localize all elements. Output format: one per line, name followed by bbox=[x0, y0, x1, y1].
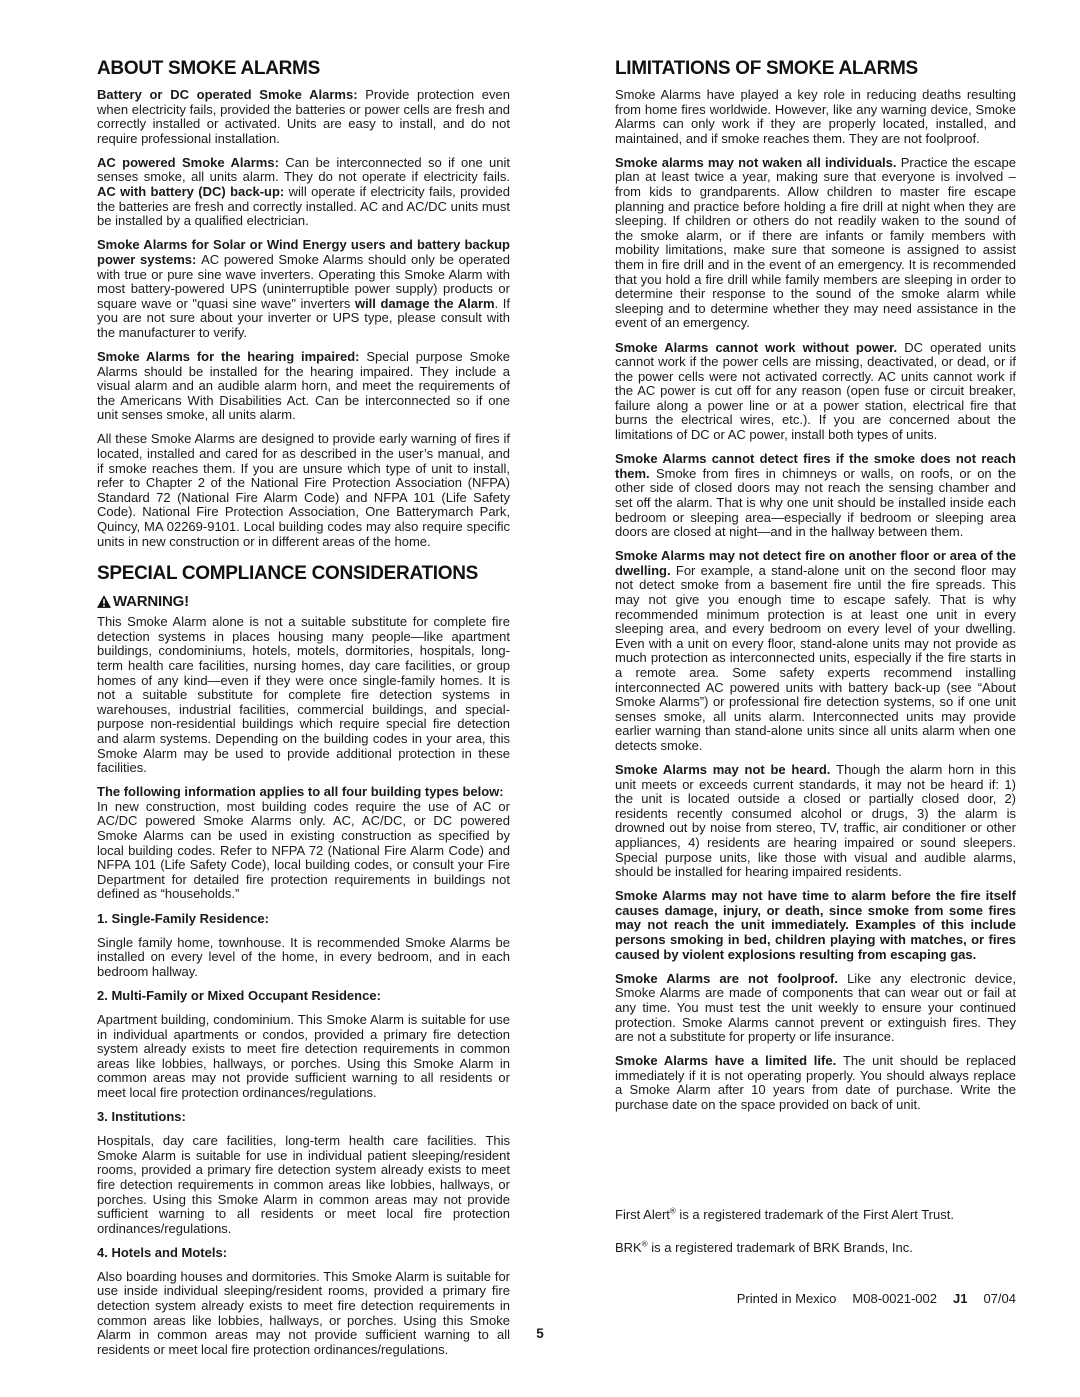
paragraph: First Alert® is a registered trademark o… bbox=[615, 1208, 1016, 1223]
paragraph: 2. Multi-Family or Mixed Occupant Reside… bbox=[97, 989, 510, 1004]
paragraph: BRK® is a registered trademark of BRK Br… bbox=[615, 1241, 1016, 1256]
warning-subheading: WARNING! bbox=[97, 593, 510, 610]
about-smoke-alarms-heading: ABOUT SMOKE ALARMS bbox=[97, 58, 510, 80]
about-smoke-alarms-body: Battery or DC operated Smoke Alarms: Pro… bbox=[97, 88, 510, 549]
paragraph: Smoke Alarms for the hearing impaired: S… bbox=[97, 350, 510, 423]
paragraph: AC powered Smoke Alarms: Can be intercon… bbox=[97, 156, 510, 229]
paragraph: Battery or DC operated Smoke Alarms: Pro… bbox=[97, 88, 510, 146]
special-compliance-heading: SPECIAL COMPLIANCE CONSIDERATIONS bbox=[97, 563, 510, 585]
paragraph: Also boarding houses and dormitories. Th… bbox=[97, 1270, 510, 1358]
limitations-body: Smoke Alarms have played a key role in r… bbox=[615, 88, 1016, 1113]
paragraph: The following information applies to all… bbox=[97, 785, 510, 902]
paragraph: Smoke Alarms may not be heard. Though th… bbox=[615, 763, 1016, 880]
paragraph: 3. Institutions: bbox=[97, 1110, 510, 1125]
manual-page: ABOUT SMOKE ALARMS Battery or DC operate… bbox=[0, 0, 1080, 1397]
paragraph: This Smoke Alarm alone is not a suitable… bbox=[97, 615, 510, 776]
paragraph: Smoke Alarms have played a key role in r… bbox=[615, 88, 1016, 146]
paragraph: Smoke Alarms cannot detect fires if the … bbox=[615, 452, 1016, 540]
warning-label: WARNING! bbox=[113, 593, 189, 610]
paragraph: Smoke Alarms may not have time to alarm … bbox=[615, 889, 1016, 962]
paragraph: 4. Hotels and Motels: bbox=[97, 1246, 510, 1261]
paragraph: Apartment building, condominium. This Sm… bbox=[97, 1013, 510, 1101]
left-column: ABOUT SMOKE ALARMS Battery or DC operate… bbox=[97, 58, 510, 1367]
paragraph: Smoke Alarms may not detect fire on anot… bbox=[615, 549, 1016, 753]
paragraph: Smoke Alarms cannot work without power. … bbox=[615, 341, 1016, 443]
paragraph: Smoke Alarms have a limited life. The un… bbox=[615, 1054, 1016, 1112]
warning-triangle-icon bbox=[97, 595, 111, 608]
paragraph: All these Smoke Alarms are designed to p… bbox=[97, 432, 510, 549]
limitations-heading: LIMITATIONS OF SMOKE ALARMS bbox=[615, 58, 1016, 80]
paragraph: Smoke Alarms for Solar or Wind Energy us… bbox=[97, 238, 510, 340]
paragraph: Single family home, townhouse. It is rec… bbox=[97, 936, 510, 980]
paragraph: Smoke alarms may not waken all individua… bbox=[615, 156, 1016, 331]
paragraph: Smoke Alarms are not foolproof. Like any… bbox=[615, 972, 1016, 1045]
special-compliance-body: This Smoke Alarm alone is not a suitable… bbox=[97, 615, 510, 1357]
trademark-notices: First Alert® is a registered trademark o… bbox=[615, 1208, 1016, 1273]
page-number: 5 bbox=[0, 1326, 1080, 1341]
print-footer: Printed in MexicoM08-0021-002J107/04 bbox=[615, 1291, 1016, 1306]
right-column: LIMITATIONS OF SMOKE ALARMS Smoke Alarms… bbox=[615, 58, 1016, 1122]
paragraph: 1. Single-Family Residence: bbox=[97, 912, 510, 927]
paragraph: Hospitals, day care facilities, long-ter… bbox=[97, 1134, 510, 1236]
